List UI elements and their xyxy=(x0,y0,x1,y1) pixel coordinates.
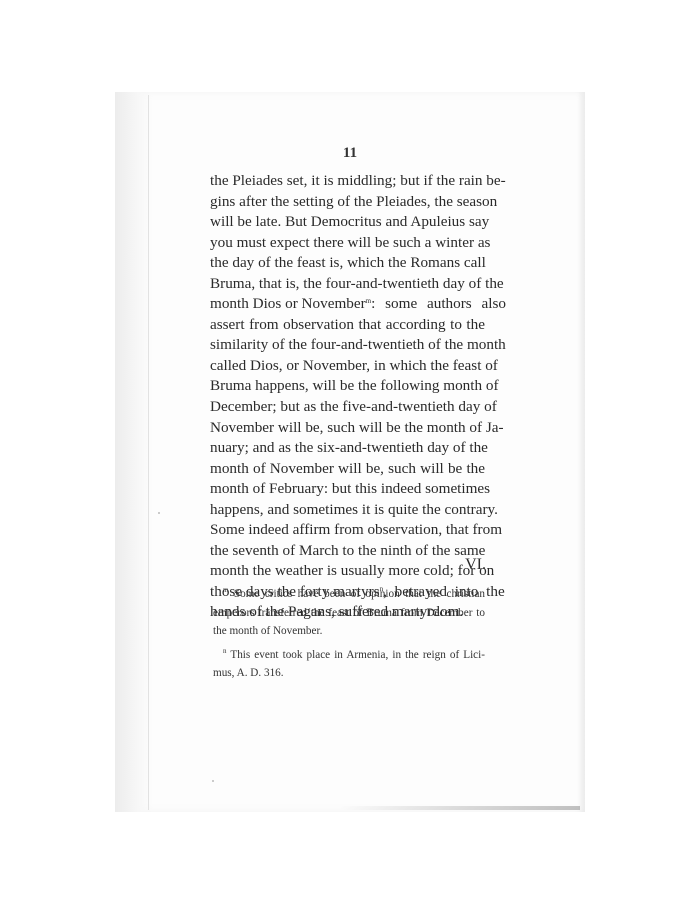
text-line: month of February: but this indeed somet… xyxy=(210,479,485,500)
text-segment: : some authors also xyxy=(371,295,506,312)
text-line: called Dios, or November, in which the f… xyxy=(210,356,485,377)
text-line: gins after the setting of the Pleiades, … xyxy=(210,192,485,213)
text-line: you must expect there will be such a win… xyxy=(210,233,485,254)
catchword: VI. xyxy=(440,556,486,574)
footnote-line: m Some critics have been of opinion that… xyxy=(213,585,485,604)
text-line: similarity of the four-and-twentieth of … xyxy=(210,335,485,356)
text-line: nuary; and as the six-and-twentieth day … xyxy=(210,438,485,459)
text-line: December; but as the five-and-twentieth … xyxy=(210,397,485,418)
footnote-mark: n xyxy=(223,647,227,655)
text-line: assert from observation that according t… xyxy=(210,315,485,336)
footnote-text: Some critics have been of opinion that t… xyxy=(234,588,485,600)
text-line: the Pleiades set, it is middling; but if… xyxy=(210,171,485,192)
footnote-line: n This event took place in Armenia, in t… xyxy=(213,646,485,665)
text-segment: month Dios or November xyxy=(210,295,366,312)
text-line: Bruma, that is, the four-and-twentieth d… xyxy=(210,274,485,295)
footnote-line: emperors transferred the feast of Bruma … xyxy=(213,604,485,623)
scan-speck xyxy=(212,780,214,782)
footnotes: m Some critics have been of opinion that… xyxy=(213,585,485,688)
text-line: will be late. But Democritus and Apuleiu… xyxy=(210,212,485,233)
footnote-line: the month of November. xyxy=(213,622,485,641)
text-line: the day of the feast is, which the Roman… xyxy=(210,253,485,274)
text-line: November will be, such will be the month… xyxy=(210,418,485,439)
page-fold-line xyxy=(148,95,149,810)
text-line: happens, and sometimes it is quite the c… xyxy=(210,500,485,521)
footnote-text: This event took place in Armenia, in the… xyxy=(230,649,485,661)
text-line: month of November will be, such will be … xyxy=(210,459,485,480)
page-right-edge xyxy=(578,92,585,812)
text-line: Some indeed affirm from observation, tha… xyxy=(210,520,485,541)
text-line: Bruma happens, will be the following mon… xyxy=(210,376,485,397)
page-number: 11 xyxy=(330,145,370,162)
text-line: month Dios or Novemberm: some authors al… xyxy=(210,294,485,315)
page-bottom-edge xyxy=(180,806,580,810)
footnote-line: mus, A. D. 316. xyxy=(213,664,485,683)
scan-speck xyxy=(158,512,160,514)
footnote-n: n This event took place in Armenia, in t… xyxy=(213,646,485,683)
footnote-m: m Some critics have been of opinion that… xyxy=(213,585,485,641)
footnote-mark: m xyxy=(223,586,228,594)
